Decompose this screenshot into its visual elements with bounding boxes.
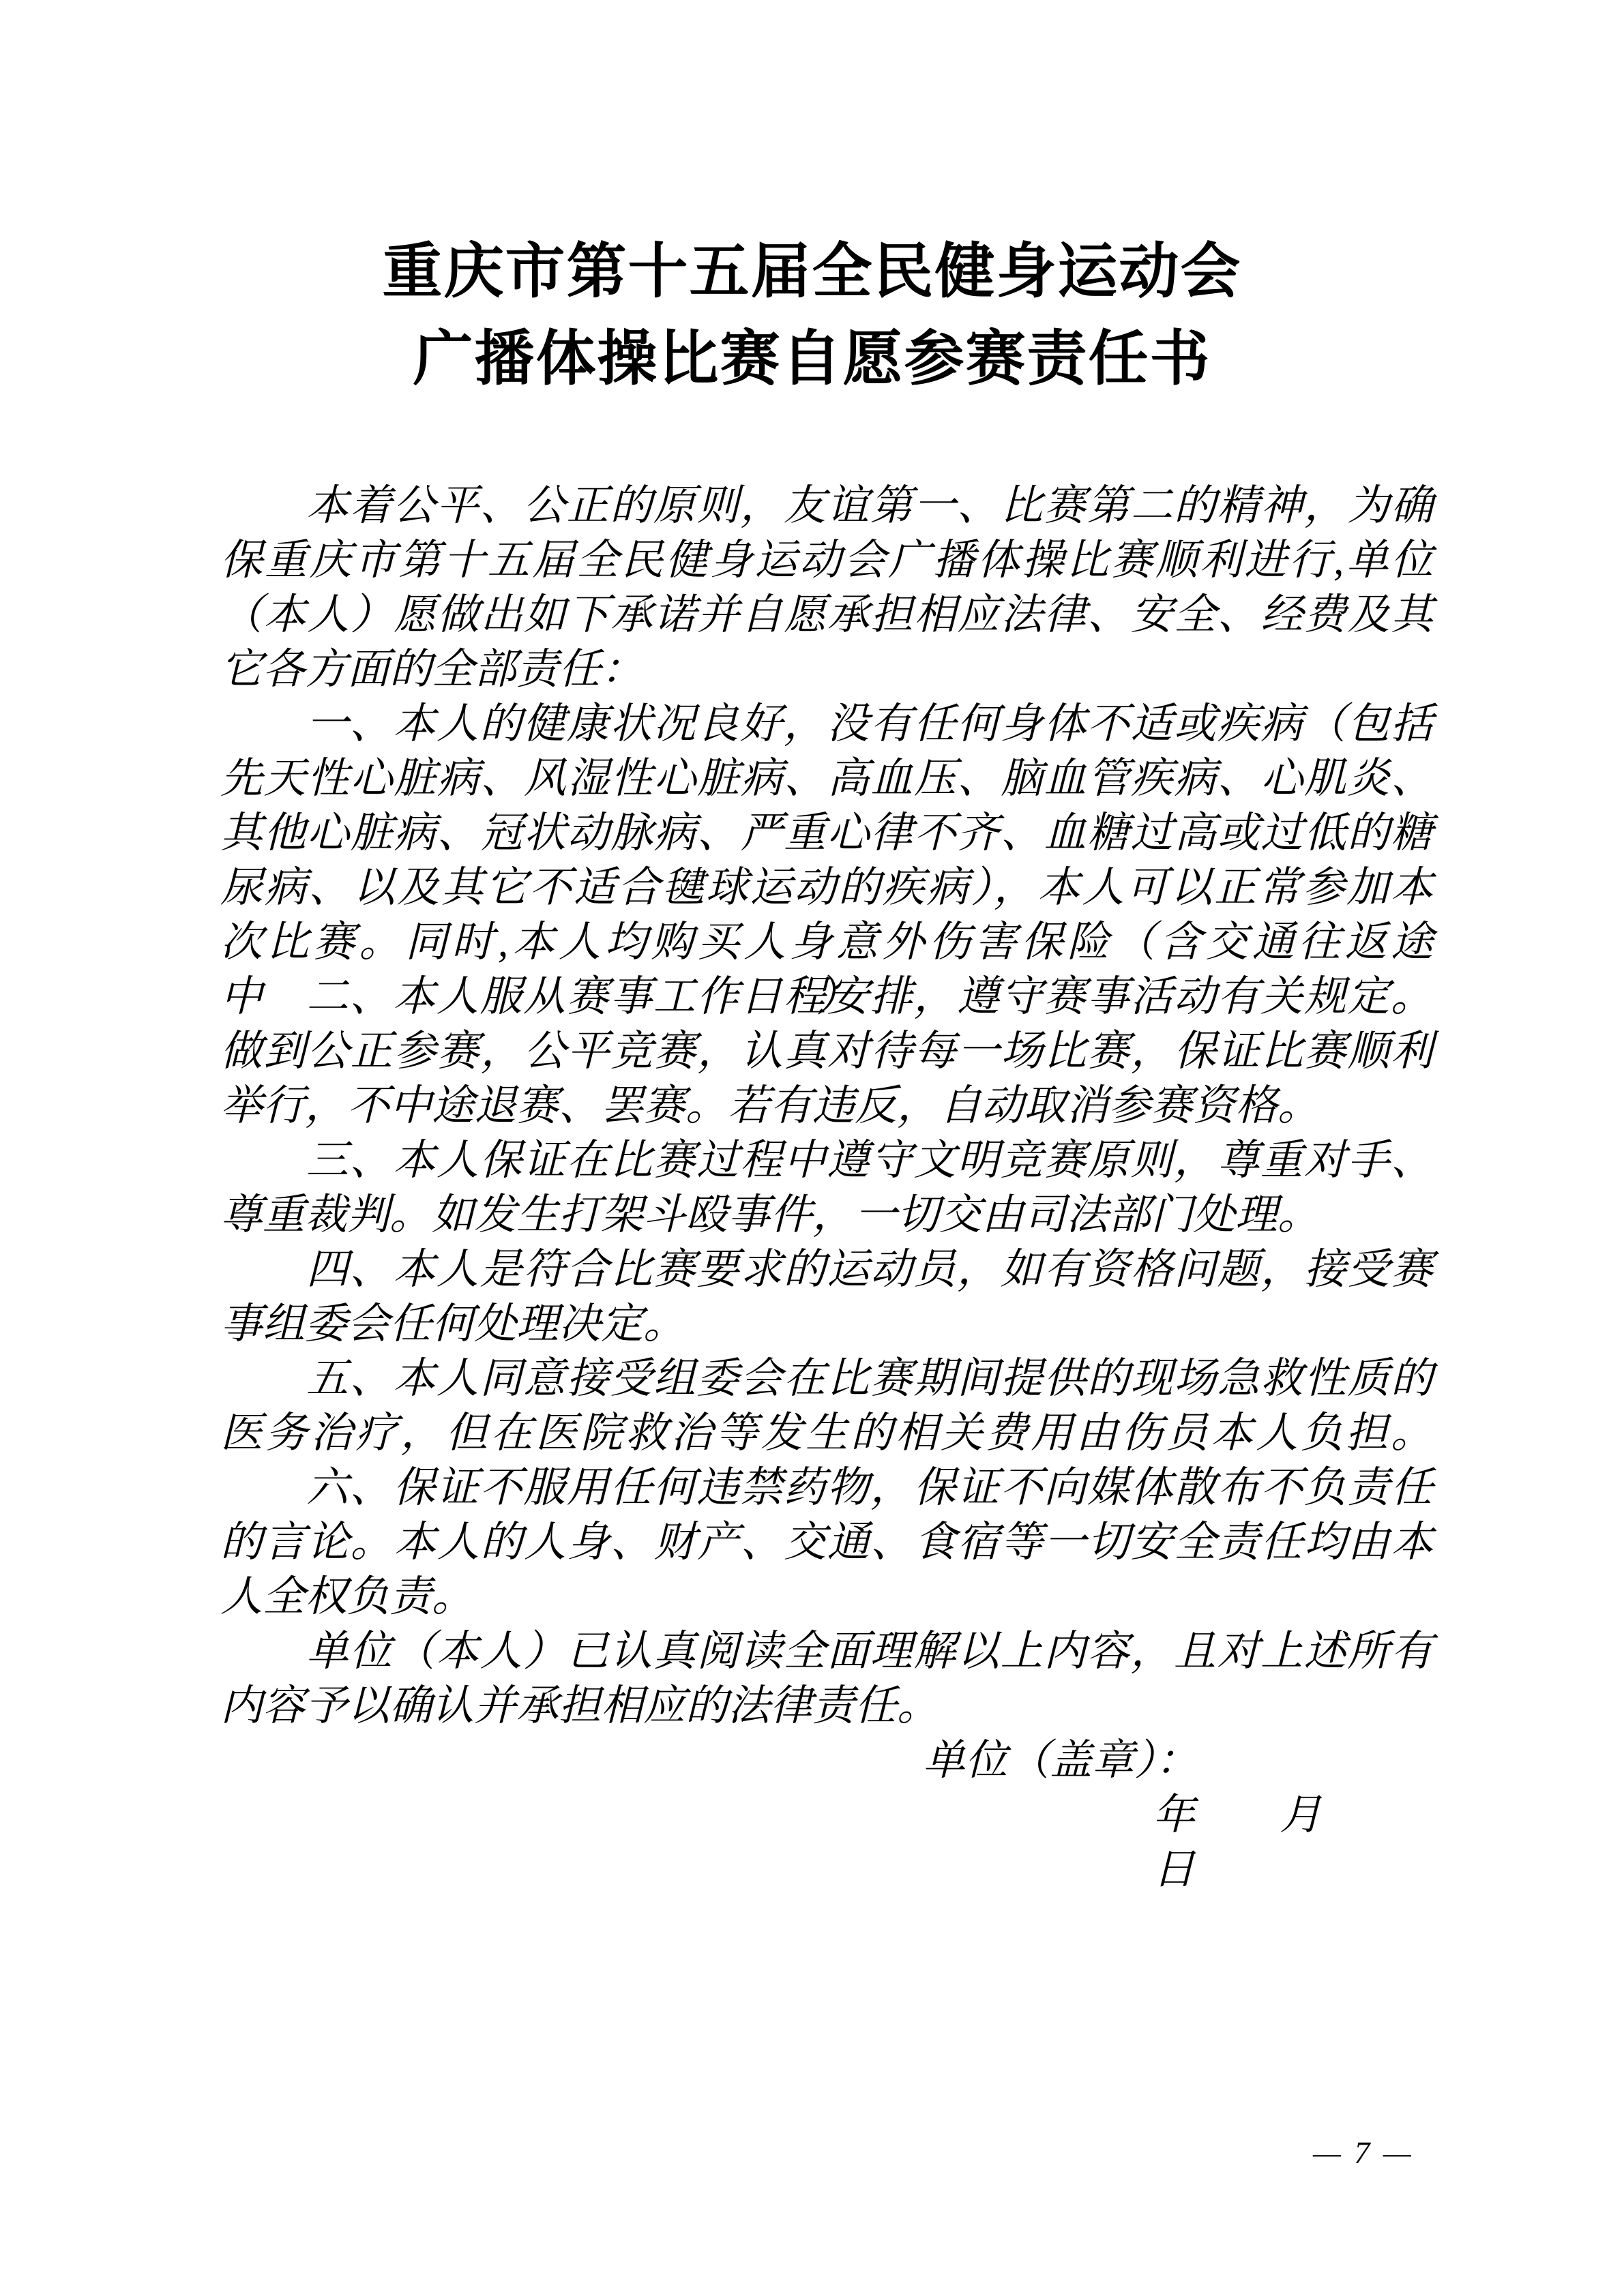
document-body: 本着公平、公正的原则，友谊第一、比赛第二的精神，为确 保重庆市第十五届全民健身运…: [220, 479, 1433, 1843]
body-line: 内容予以确认并承担相应的法律责任。: [220, 1679, 1433, 1733]
body-line: 六、保证不服用任何违禁药物，保证不向媒体散布不负责任: [220, 1461, 1433, 1515]
unit-seal-label: 单位（盖章）：: [220, 1733, 1433, 1788]
body-line: 本着公平、公正的原则，友谊第一、比赛第二的精神，为确: [220, 479, 1433, 533]
body-line: 医务治疗，但在医院救治等发生的相关费用由伤员本人负担。: [220, 1406, 1433, 1461]
body-line: 事组委会任何处理决定。: [220, 1297, 1433, 1352]
body-line: 次比赛。同时,本人均购买人身意外伤害保险（含交通往返途中）。: [220, 915, 1433, 970]
body-line: 它各方面的全部责任：: [220, 642, 1433, 697]
body-line: （本人）愿做出如下承诺并自愿承担相应法律、安全、经费及其: [220, 588, 1433, 642]
body-line: 五、本人同意接受组委会在比赛期间提供的现场急救性质的: [220, 1352, 1433, 1406]
body-line: 四、本人是符合比赛要求的运动员，如有资格问题，接受赛: [220, 1242, 1433, 1297]
body-line: 二、本人服从赛事工作日程安排，遵守赛事活动有关规定。: [220, 970, 1433, 1024]
page-number: — 7 —: [1313, 2134, 1414, 2171]
body-line: 单位（本人）已认真阅读全面理解以上内容，且对上述所有: [220, 1624, 1433, 1679]
body-line: 先天性心脏病、风湿性心脏病、高血压、脑血管疾病、心肌炎、: [220, 751, 1433, 806]
body-line: 三、本人保证在比赛过程中遵守文明竞赛原则，尊重对手、: [220, 1133, 1433, 1188]
title-line-2: 广播体操比赛自愿参赛责任书: [0, 316, 1624, 404]
body-line: 人全权负责。: [220, 1570, 1433, 1624]
document-page: 重庆市第十五届全民健身运动会 广播体操比赛自愿参赛责任书 本着公平、公正的原则，…: [0, 0, 1624, 2296]
body-line: 尊重裁判。如发生打架斗殴事件，一切交由司法部门处理。: [220, 1188, 1433, 1242]
date-line: 年 月 日: [220, 1788, 1433, 1843]
body-line: 尿病、以及其它不适合毽球运动的疾病），本人可以正常参加本: [220, 861, 1433, 915]
body-line: 其他心脏病、冠状动脉病、严重心律不齐、血糖过高或过低的糖: [220, 806, 1433, 861]
body-line: 的言论。本人的人身、财产、交通、食宿等一切安全责任均由本: [220, 1515, 1433, 1570]
title-line-1: 重庆市第十五届全民健身运动会: [0, 229, 1624, 316]
document-title: 重庆市第十五届全民健身运动会 广播体操比赛自愿参赛责任书: [0, 229, 1624, 404]
body-line: 保重庆市第十五届全民健身运动会广播体操比赛顺利进行,单位: [220, 533, 1433, 588]
body-line: 做到公正参赛，公平竞赛，认真对待每一场比赛，保证比赛顺利: [220, 1024, 1433, 1079]
body-line: 一、本人的健康状况良好，没有任何身体不适或疾病（包括: [220, 697, 1433, 751]
body-line: 举行，不中途退赛、罢赛。若有违反，自动取消参赛资格。: [220, 1079, 1433, 1133]
